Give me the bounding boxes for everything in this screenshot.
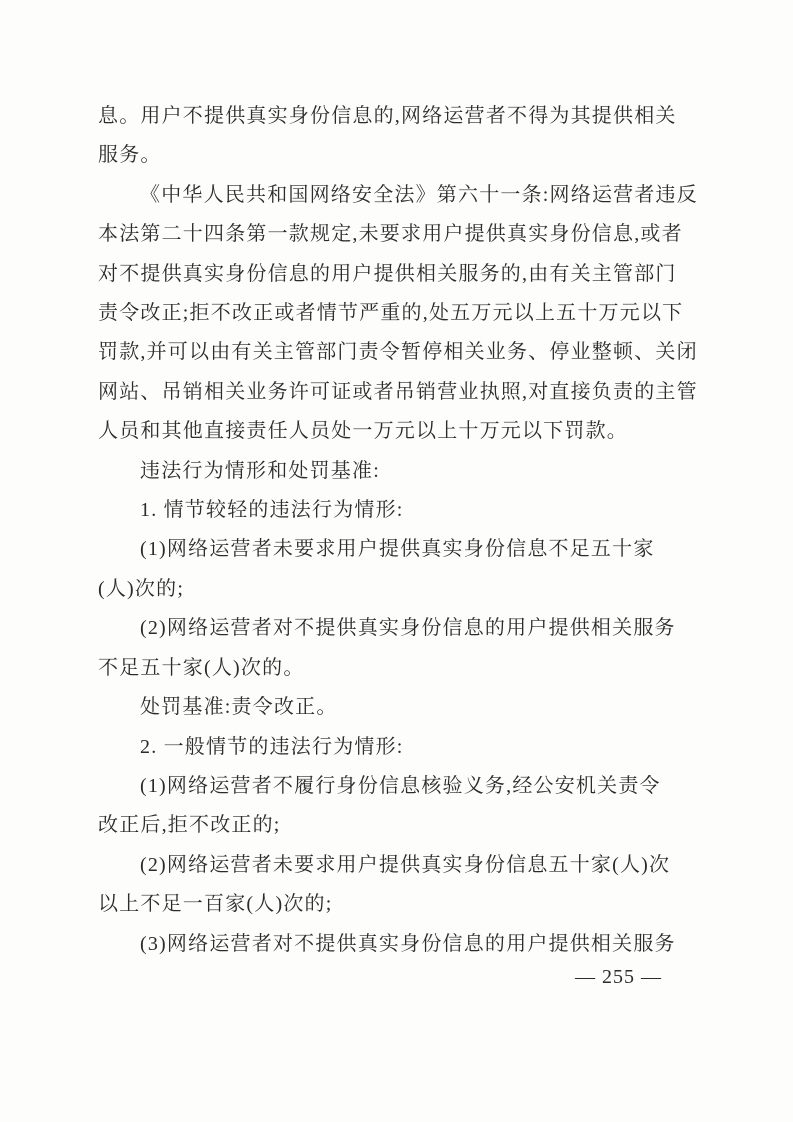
page-number: — 255 —	[575, 966, 662, 989]
text-line: (1)网络运营者不履行身份信息核验义务,经公安机关责令	[98, 767, 694, 806]
text-line: 本法第二十四条第一款规定,未要求用户提供真实身份信息,或者	[98, 215, 694, 254]
text-line: 对不提供真实身份信息的用户提供相关服务的,由有关主管部门	[98, 255, 694, 294]
text-line: 改正后,拒不改正的;	[98, 806, 694, 845]
text-line: 违法行为情形和处罚基准:	[98, 452, 694, 491]
text-line: 不足五十家(人)次的。	[98, 649, 694, 688]
text-line: (1)网络运营者未要求用户提供真实身份信息不足五十家	[98, 530, 694, 569]
text-line: 1. 情节较轻的违法行为情形:	[98, 491, 694, 530]
text-line: 责令改正;拒不改正或者情节严重的,处五万元以上五十万元以下	[98, 294, 694, 333]
text-line: 息。用户不提供真实身份信息的,网络运营者不得为其提供相关	[98, 97, 694, 136]
document-page: 息。用户不提供真实身份信息的,网络运营者不得为其提供相关 服务。 《中华人民共和…	[0, 0, 793, 1122]
text-line: 人员和其他直接责任人员处一万元以上十万元以下罚款。	[98, 412, 694, 451]
text-line: (2)网络运营者对不提供真实身份信息的用户提供相关服务	[98, 609, 694, 648]
text-line: 《中华人民共和国网络安全法》第六十一条:网络运营者违反	[98, 176, 694, 215]
text-line: 2. 一般情节的违法行为情形:	[98, 728, 694, 767]
text-line: 罚款,并可以由有关主管部门责令暂停相关业务、停业整顿、关闭	[98, 333, 694, 372]
text-line: 以上不足一百家(人)次的;	[98, 885, 694, 924]
text-line: 服务。	[98, 136, 694, 175]
text-line: 网站、吊销相关业务许可证或者吊销营业执照,对直接负责的主管	[98, 373, 694, 412]
text-line: 处罚基准:责令改正。	[98, 688, 694, 727]
text-line: (3)网络运营者对不提供真实身份信息的用户提供相关服务	[98, 925, 694, 964]
text-line: (2)网络运营者未要求用户提供真实身份信息五十家(人)次	[98, 846, 694, 885]
body-text: 息。用户不提供真实身份信息的,网络运营者不得为其提供相关 服务。 《中华人民共和…	[98, 97, 694, 964]
text-line: (人)次的;	[98, 570, 694, 609]
